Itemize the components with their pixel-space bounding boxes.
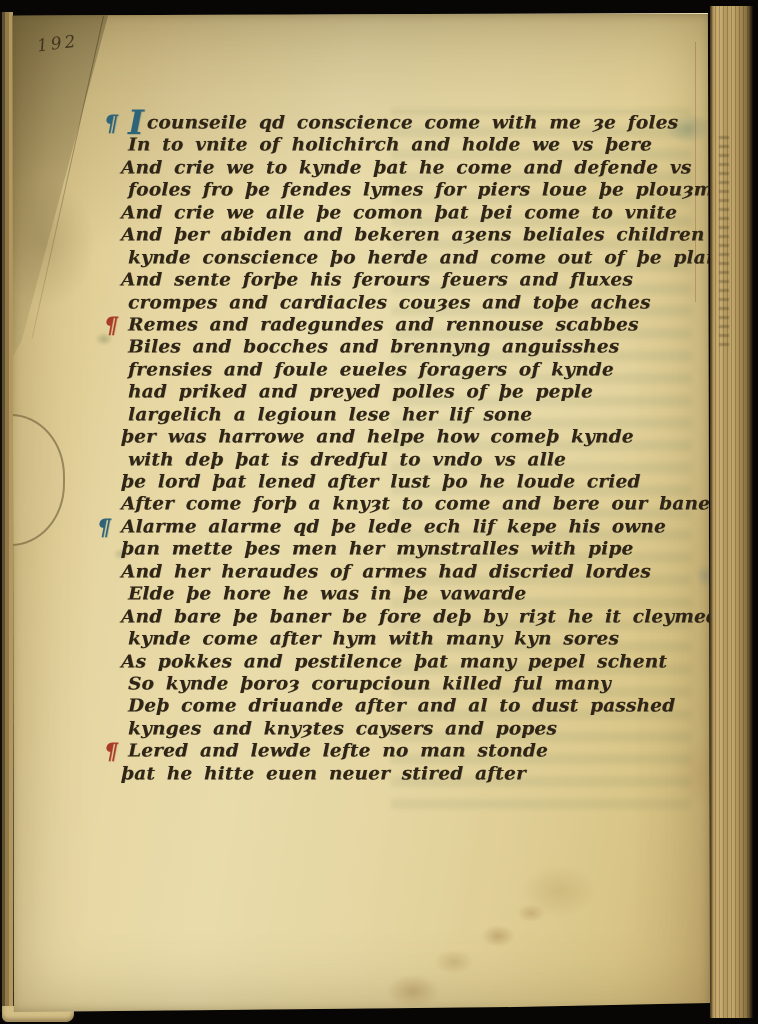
- line-text: crompes and cardiacles couȝes and toþe a…: [128, 293, 651, 315]
- line-text: kynde conscience þo herde and come out o…: [128, 248, 758, 270]
- parchment-tab: [5, 414, 65, 546]
- book-fore-edge: [710, 6, 753, 1018]
- line-text: frensies and foule eueles foragers of ky…: [128, 360, 614, 382]
- manuscript-line: ¶Alarme alarme qd þe lede ech lif kepe h…: [121, 517, 703, 539]
- line-text: counseile qd conscience come with me ȝe …: [147, 113, 678, 135]
- line-text: And sente forþe his ferours feuers and f…: [121, 270, 633, 292]
- manuscript-line: þer was harrowe and helpe how comeþ kynd…: [121, 427, 703, 449]
- line-text: þat he hitte euen neuer stired after: [121, 764, 526, 786]
- manuscript-line: largelich a legioun lese her lif sone: [128, 405, 703, 427]
- line-text: kynde come after hym with many kyn sores: [128, 629, 619, 651]
- manuscript-line: with deþ þat is dredful to vndo vs alle: [128, 450, 703, 472]
- manuscript-line: ¶Lered and lewde lefte no man stonde: [128, 741, 703, 763]
- manuscript-line: had priked and preyed polles of þe peple: [128, 382, 703, 404]
- manuscript-line: þe lord þat lened after lust þo he loude…: [121, 472, 703, 494]
- line-text: kynges and knyȝtes caysers and popes: [128, 719, 557, 741]
- line-text: Remes and radegundes and rennouse scabbe…: [128, 315, 639, 337]
- manuscript-line: kynde conscience þo herde and come out o…: [128, 248, 703, 270]
- manuscript-line: And bare þe baner be fore deþ by riȝt he…: [121, 607, 703, 629]
- manuscript-page: 192 ¶Icounseile qd conscience come with …: [11, 13, 710, 1012]
- corner-fold: [11, 14, 141, 359]
- manuscript-line: And her heraudes of armes had discried l…: [121, 562, 703, 584]
- binding-edge-strip: [0, 12, 13, 1012]
- line-text: Biles and bocches and brennyng anguisshe…: [128, 337, 619, 359]
- line-text: Alarme alarme qd þe lede ech lif kepe hi…: [121, 517, 666, 539]
- text-block: ¶Icounseile qd conscience come with me ȝ…: [128, 113, 703, 786]
- manuscript-line: kynges and knyȝtes caysers and popes: [128, 719, 703, 741]
- manuscript-line: After come forþ a knyȝt to come and bere…: [121, 494, 703, 516]
- line-text: And crie we to kynde þat he come and def…: [121, 158, 691, 180]
- manuscript-photograph: 192 ¶Icounseile qd conscience come with …: [0, 0, 758, 1024]
- manuscript-line: frensies and foule eueles foragers of ky…: [128, 360, 703, 382]
- manuscript-line: kynde come after hym with many kyn sores: [128, 629, 703, 651]
- line-text: had priked and preyed polles of þe peple: [128, 382, 593, 404]
- manuscript-line: And crie we alle þe comon þat þei come t…: [121, 203, 703, 225]
- manuscript-line: ¶Remes and radegundes and rennouse scabb…: [128, 315, 703, 337]
- line-text: fooles fro þe fendes lymes for piers lou…: [128, 180, 739, 202]
- manuscript-line: And sente forþe his ferours feuers and f…: [121, 270, 703, 292]
- line-text: Lered and lewde lefte no man stonde: [128, 741, 548, 763]
- line-text: þer was harrowe and helpe how comeþ kynd…: [121, 427, 634, 449]
- line-text: Elde þe hore he was in þe vawarde: [128, 584, 526, 606]
- manuscript-line: In to vnite of holichirch and holde we v…: [128, 135, 703, 157]
- manuscript-line: As pokkes and pestilence þat many pepel …: [121, 652, 703, 674]
- line-text: And crie we alle þe comon þat þei come t…: [121, 203, 677, 225]
- decorated-initial: I: [128, 113, 144, 133]
- fore-edge-inscription: [719, 136, 729, 346]
- line-text: þan mette þes men her mynstralles with p…: [121, 539, 633, 561]
- manuscript-line: Elde þe hore he was in þe vawarde: [128, 584, 703, 606]
- line-text: After come forþ a knyȝt to come and bere…: [121, 494, 720, 516]
- manuscript-line: Deþ come driuande after and al to dust p…: [128, 696, 703, 718]
- manuscript-line: ¶Icounseile qd conscience come with me ȝ…: [128, 113, 703, 135]
- line-text: And her heraudes of armes had discried l…: [121, 562, 651, 584]
- line-text: And bare þe baner be fore deþ by riȝt he…: [121, 607, 719, 629]
- manuscript-line: And þer abiden and bekeren aȝens beliale…: [121, 225, 703, 247]
- line-text: In to vnite of holichirch and holde we v…: [128, 135, 652, 157]
- line-text: þe lord þat lened after lust þo he loude…: [121, 472, 641, 494]
- manuscript-line: fooles fro þe fendes lymes for piers lou…: [128, 180, 703, 202]
- manuscript-line: þat he hitte euen neuer stired after: [121, 764, 703, 786]
- line-text: Deþ come driuande after and al to dust p…: [128, 696, 675, 718]
- manuscript-line: Biles and bocches and brennyng anguisshe…: [128, 337, 703, 359]
- line-text: largelich a legioun lese her lif sone: [128, 405, 532, 427]
- manuscript-line: þan mette þes men her mynstralles with p…: [121, 539, 703, 561]
- manuscript-line: And crie we to kynde þat he come and def…: [121, 158, 703, 180]
- manuscript-line: So kynde þoroȝ corupcioun killed ful man…: [128, 674, 703, 696]
- line-text: with deþ þat is dredful to vndo vs alle: [128, 450, 566, 472]
- line-text: As pokkes and pestilence þat many pepel …: [121, 652, 667, 674]
- line-text: And þer abiden and bekeren aȝens beliale…: [121, 225, 705, 247]
- manuscript-line: crompes and cardiacles couȝes and toþe a…: [128, 293, 703, 315]
- line-text: So kynde þoroȝ corupcioun killed ful man…: [128, 674, 611, 696]
